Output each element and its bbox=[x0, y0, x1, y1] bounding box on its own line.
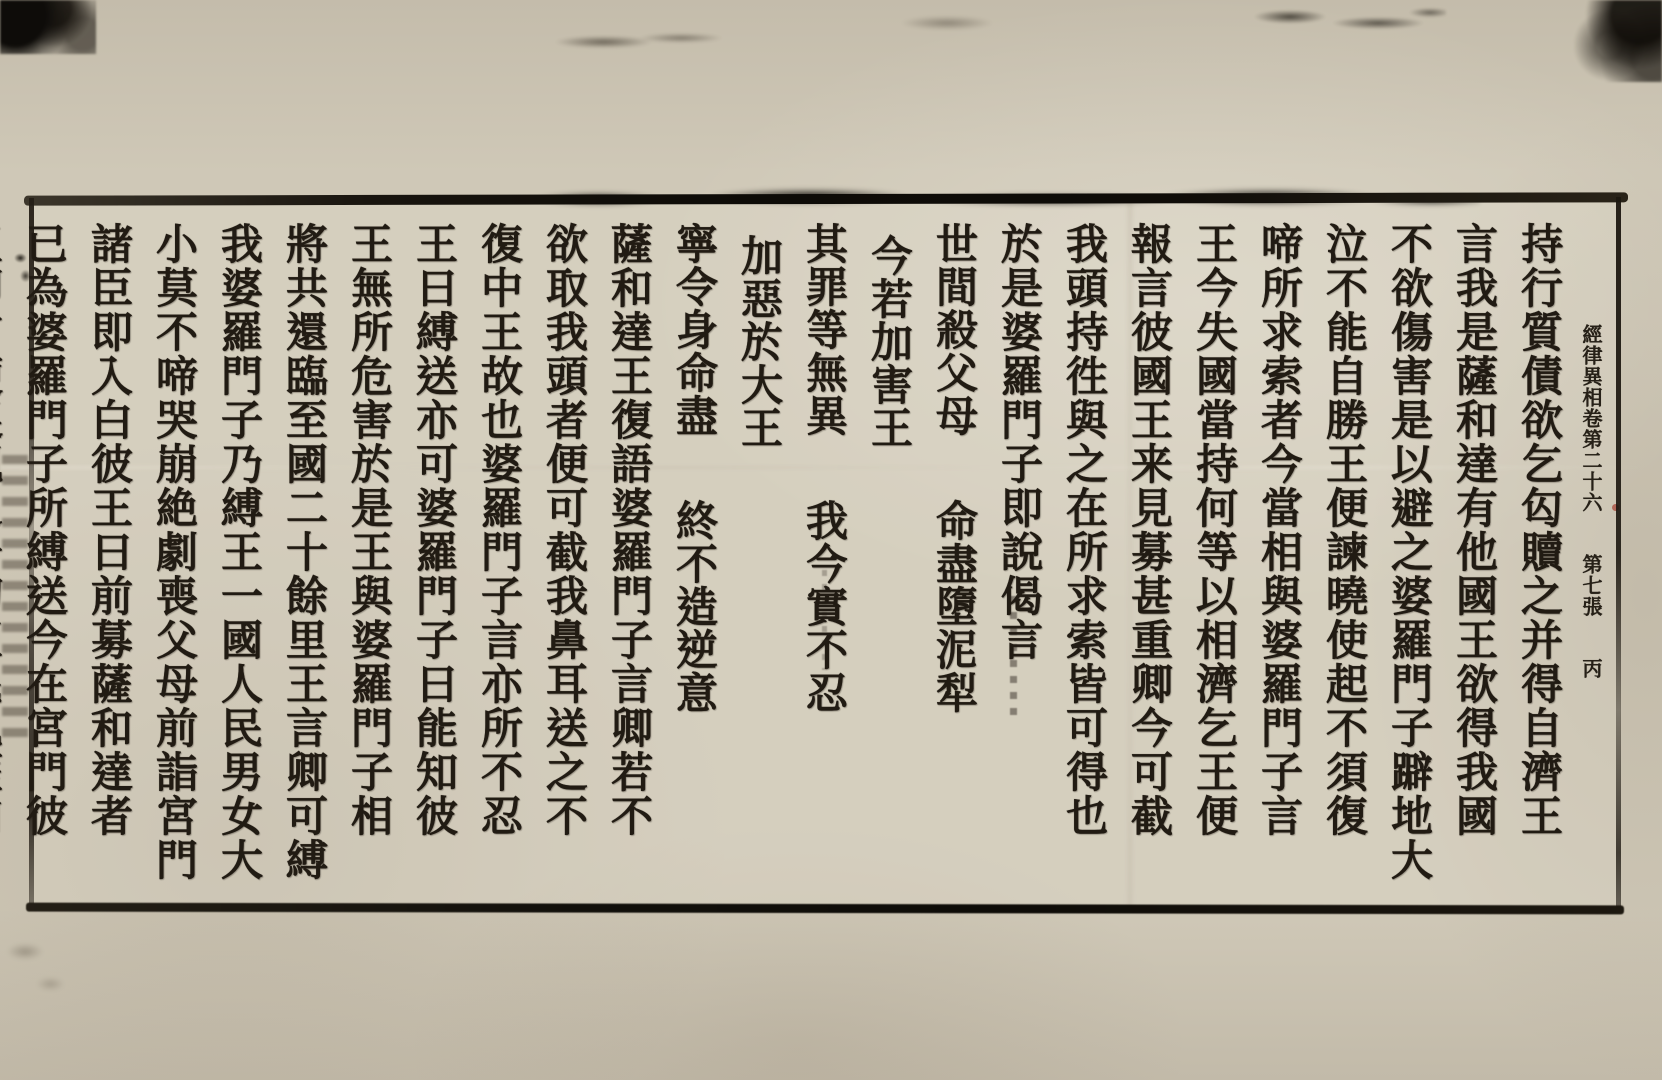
text-frame: 經律異相卷第二十六 第七張 丙 持行質債欲乞匃贖之并得自濟王 言我是薩和達有他國… bbox=[30, 196, 1620, 912]
verse-column: 寧令身命盡 終不造逆意 bbox=[662, 222, 727, 900]
text-column: 王即言便促現之一切臣民見薩和 bbox=[0, 222, 12, 900]
text-column: 薩和達王復語婆羅門子言卿若不 bbox=[597, 222, 662, 900]
ink-smudge-top-1 bbox=[552, 20, 724, 60]
verse-line: 命盡墮泥犁 bbox=[922, 499, 987, 714]
verse-line: 今若加害王 bbox=[857, 234, 922, 449]
text-column: 持行質債欲乞匃贖之并得自濟王 bbox=[1507, 222, 1572, 900]
verse-column: 世間殺父母 命盡墮泥犁 今若加害王 bbox=[857, 222, 987, 900]
text-column: 我頭持徃與之在所求索皆可得也 bbox=[1052, 222, 1117, 900]
scroll-title: 經律異相卷第二十六 bbox=[1576, 324, 1606, 513]
verse-line: 我今實不忍 bbox=[792, 499, 857, 714]
text-column: 言我是薩和達有他國王欲得我國 bbox=[1442, 222, 1507, 900]
text-column: 小莫不啼哭崩絶劇喪父母前詣宮門 bbox=[142, 222, 207, 900]
verse-line: 加惡於大王 bbox=[727, 234, 792, 449]
verse-line: 其罪等無異 bbox=[792, 222, 857, 437]
text-column: 啼所求索者今當相與婆羅門子言 bbox=[1247, 222, 1312, 900]
text-column: 王無所危害於是王與婆羅門子相 bbox=[337, 222, 402, 900]
text-column: 王今失國當持何等以相濟乞王便 bbox=[1182, 222, 1247, 900]
ink-stain-top-right bbox=[1574, 0, 1662, 82]
ink-smudge-top-3 bbox=[1246, 0, 1446, 42]
ink-smudge-top-2 bbox=[872, 4, 1022, 42]
scroll-title-column: 經律異相卷第二十六 第七張 丙 bbox=[1576, 324, 1606, 884]
text-column: 將共還臨至國二十餘里王言卿可縛 bbox=[272, 222, 337, 900]
text-column: 已為婆羅門子所縛送今在宮門彼 bbox=[12, 222, 77, 900]
text-column: 泣不能自勝王便諫曉使起不須復 bbox=[1312, 222, 1377, 900]
text-column: 我婆羅門子乃縛王一國人民男女大 bbox=[207, 222, 272, 900]
sheet-number: 第七張 bbox=[1576, 554, 1606, 617]
text-column: 不欲傷害是以避之婆羅門子躃地大 bbox=[1377, 222, 1442, 900]
verse-line: 終不造逆意 bbox=[662, 499, 727, 714]
section-mark: 丙 bbox=[1576, 658, 1606, 679]
frame-border-bottom bbox=[26, 903, 1624, 915]
text-column: 報言彼國王来見募甚重卿今可截 bbox=[1117, 222, 1182, 900]
paper-page: 經律異相卷第二十六 第七張 丙 持行質債欲乞匃贖之并得自濟王 言我是薩和達有他國… bbox=[0, 0, 1662, 1080]
text-column: 欲取我頭者便可截我鼻耳送之不 bbox=[532, 222, 597, 900]
text-column: 王曰縛送亦可婆羅門子曰能知彼 bbox=[402, 222, 467, 900]
text-columns: 持行質債欲乞匃贖之并得自濟王 言我是薩和達有他國王欲得我國 不欲傷害是以避之婆羅… bbox=[64, 222, 1572, 900]
text-column: 於是婆羅門子即說偈言 bbox=[987, 222, 1052, 900]
verse-column: 其罪等無異 我今實不忍 加惡於大王 bbox=[727, 222, 857, 900]
ink-stain-top-left bbox=[0, 0, 96, 54]
text-column: 諸臣即入白彼王曰前募薩和達者 bbox=[77, 222, 142, 900]
verse-line: 寧令身命盡 bbox=[662, 222, 727, 437]
stain-bottom-left bbox=[0, 930, 84, 1002]
verse-line: 世間殺父母 bbox=[922, 222, 987, 437]
text-column: 復中王故也婆羅門子言亦所不忍 bbox=[467, 222, 532, 900]
frame-border-right bbox=[1616, 197, 1621, 910]
